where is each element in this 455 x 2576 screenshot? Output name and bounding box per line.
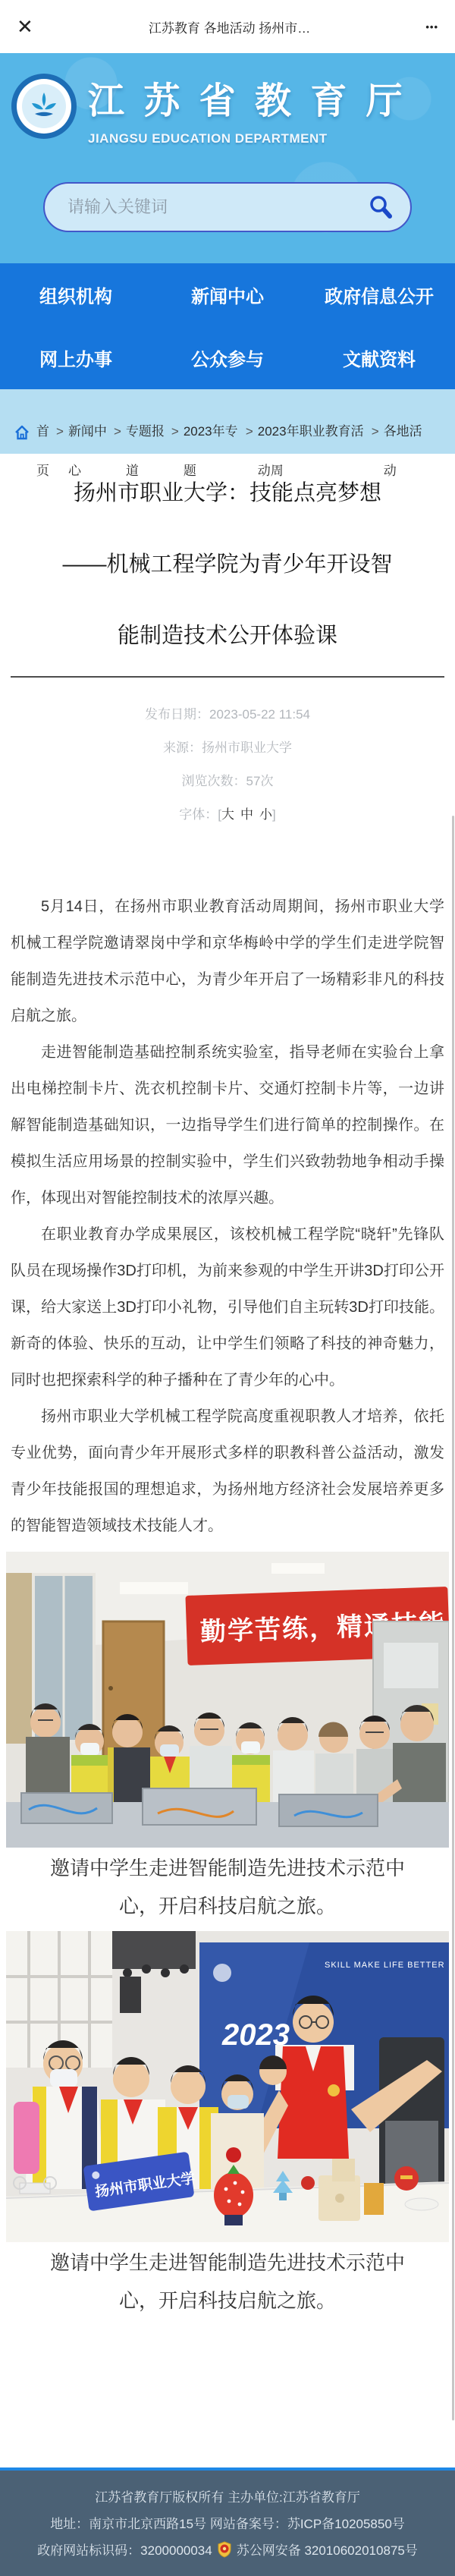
nav-item-documents[interactable]: 文献资料 [303, 326, 455, 389]
article-photo-1: 勤学苦练，精通技能 [6, 1552, 449, 1925]
article-meta: 发布日期：2023-05-22 11:54 来源：扬州市职业大学 浏览次数：57… [0, 698, 455, 832]
breadcrumb-item-news[interactable]: 新闻中心 [68, 412, 109, 491]
page: ✕ 江苏教育 各地活动 扬州市… ••• 江 苏 省 教 育 厅 JIANGSU… [0, 0, 455, 2576]
font-size-small-button[interactable]: 小 [259, 807, 272, 822]
breadcrumb-separator: > [372, 412, 379, 451]
breadcrumb-item-vocational-week[interactable]: 2023年职业教育活动周 [258, 412, 367, 491]
font-size-medium-button[interactable]: 中 [240, 807, 253, 822]
footer-address: 地址：南京市北京西路15号 网站备案号：苏ICP备10205850号 [0, 2511, 455, 2537]
breadcrumb-separator: > [114, 412, 121, 451]
paragraph: 5月14日，在扬州市职业教育活动周期间，扬州市职业大学机械工程学院邀请翠岗中学和… [11, 889, 444, 1034]
window-title: 江苏教育 各地活动 扬州市… [33, 17, 426, 36]
site-footer: 江苏省教育厅版权所有 主办单位:江苏省教育厅 地址：南京市北京西路15号 网站备… [0, 2467, 455, 2576]
breadcrumb: 首页>新闻中心>专题报道>2023年专题>2023年职业教育活动周>各地活动 [0, 389, 455, 491]
article-photo-2: SKILL MAKE LIFE BETTER 2023 [6, 1931, 449, 2320]
photo-caption: 邀请中学生走进智能制造先进技术示范中心，开启科技启航之旅。 [6, 2244, 449, 2320]
search-icon[interactable] [368, 194, 394, 220]
source-row: 来源：扬州市职业大学 [0, 731, 455, 765]
nav-item-online-services[interactable]: 网上办事 [0, 326, 152, 389]
site-title-en: JIANGSU EDUCATION DEPARTMENT [88, 131, 444, 146]
footer-registration: 政府网站标识码：3200000034苏公网安备 32010602010875号 [0, 2537, 455, 2564]
nav-item-gov-info[interactable]: 政府信息公开 [303, 263, 455, 326]
breadcrumb-separator: > [246, 412, 253, 451]
browser-topbar: ✕ 江苏教育 各地活动 扬州市… ••• [0, 0, 455, 53]
home-icon[interactable] [14, 424, 30, 441]
search-bar [43, 182, 412, 232]
breadcrumb-item-2023-topics[interactable]: 2023年专题 [184, 412, 241, 491]
nav-item-news[interactable]: 新闻中心 [152, 263, 303, 326]
scrollbar[interactable] [452, 816, 454, 2420]
public-security-badge-icon [217, 2541, 232, 2558]
close-icon[interactable]: ✕ [17, 15, 33, 39]
main-nav: 组织机构 新闻中心 政府信息公开 网上办事 公众参与 文献资料 [0, 263, 455, 389]
font-size-large-button[interactable]: 大 [221, 807, 234, 822]
site-title-block: 江 苏 省 教 育 厅 JIANGSU EDUCATION DEPARTMENT [88, 71, 444, 146]
footer-copyright: 江苏省教育厅版权所有 主办单位:江苏省教育厅 [0, 2484, 455, 2511]
site-title-cn: 江 苏 省 教 育 厅 [88, 71, 444, 124]
views-value: 57次 [246, 774, 274, 788]
breadcrumb-separator: > [171, 412, 179, 451]
search-input[interactable] [66, 197, 368, 218]
article-body: 5月14日，在扬州市职业教育活动周期间，扬州市职业大学机械工程学院邀请翠岗中学和… [0, 889, 455, 1544]
paragraph: 在职业教育办学成果展区，该校机械工程学院“晓轩”先锋队队员在现场操作3D打印机，… [11, 1216, 444, 1398]
views-row: 浏览次数：57次 [0, 765, 455, 798]
jiangsu-education-logo [11, 73, 77, 140]
photo-exhibition: SKILL MAKE LIFE BETTER 2023 [6, 1931, 449, 2242]
breadcrumb-separator: > [56, 412, 64, 451]
font-size-row: 字体：[大中小] [0, 798, 455, 832]
publish-date-value: 2023-05-22 11:54 [209, 707, 310, 722]
breadcrumb-item-home[interactable]: 首页 [36, 412, 52, 491]
more-menu-icon[interactable]: ••• [425, 21, 438, 33]
site-header: 江 苏 省 教 育 厅 JIANGSU EDUCATION DEPARTMENT [0, 53, 455, 263]
photo-caption: 邀请中学生走进智能制造先进技术示范中心，开启科技启航之旅。 [6, 1849, 449, 1925]
breadcrumb-item-special-reports[interactable]: 专题报道 [126, 412, 167, 491]
backdrop-slogan-text: SKILL MAKE LIFE BETTER [325, 1961, 445, 1970]
paragraph: 扬州市职业大学机械工程学院高度重视职教人才培养，依托专业优势，面向青少年开展形式… [11, 1398, 444, 1544]
nav-item-public-participation[interactable]: 公众参与 [152, 326, 303, 389]
title-divider [11, 676, 444, 678]
breadcrumb-item-local-activities[interactable]: 各地活动 [384, 412, 425, 491]
source-value: 扬州市职业大学 [202, 741, 292, 755]
nav-item-organization[interactable]: 组织机构 [0, 263, 152, 326]
publish-date-row: 发布日期：2023-05-22 11:54 [0, 698, 455, 731]
photo-lab-classroom: 勤学苦练，精通技能 [6, 1552, 449, 1848]
paragraph: 走进智能制造基础控制系统实验室，指导老师在实验台上拿出电梯控制卡片、洗衣机控制卡… [11, 1034, 444, 1216]
breadcrumb-bar: 首页>新闻中心>专题报道>2023年专题>2023年职业教育活动周>各地活动 [0, 389, 455, 454]
